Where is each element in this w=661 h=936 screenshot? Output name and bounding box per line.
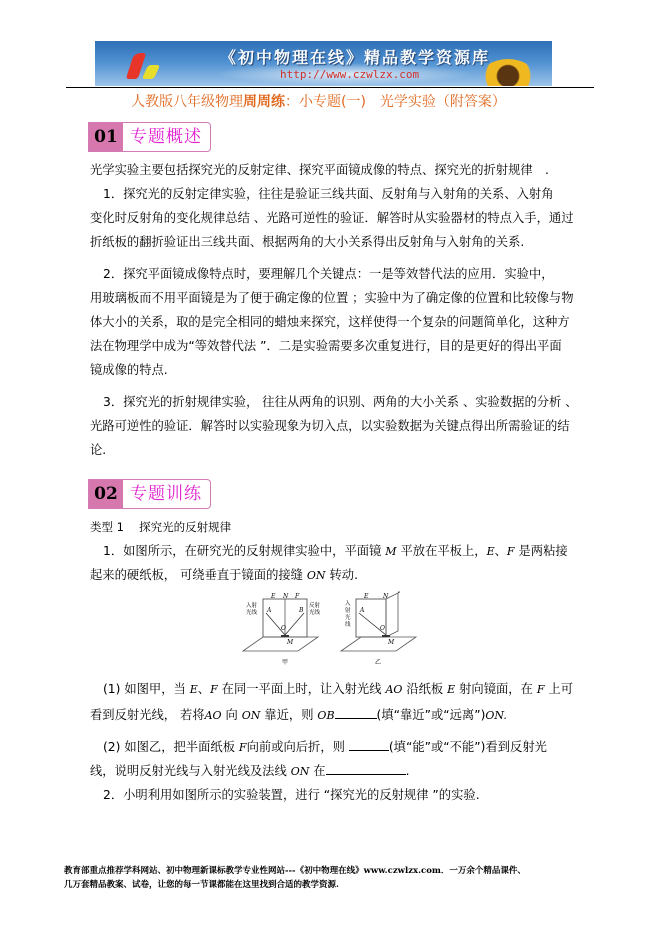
svg-text:E: E: [270, 593, 276, 600]
svg-text:入射: 入射: [246, 601, 258, 609]
svg-text:入: 入: [345, 599, 351, 607]
paragraph-3-line: 论.: [90, 442, 106, 458]
banner-title: 《初中物理在线》精品教学资源库: [220, 45, 490, 68]
var-OB: OB: [317, 709, 334, 722]
section-number: 02: [89, 480, 123, 508]
svg-text:光: 光: [345, 613, 351, 621]
sub1-text: 靠近，则: [264, 708, 313, 722]
var-F: F: [537, 683, 545, 696]
title-text: 人教版八年级物理: [131, 94, 243, 110]
svg-text:光线: 光线: [309, 608, 321, 616]
sub2-text: 在: [313, 764, 325, 778]
sub2-text: .: [406, 764, 410, 778]
sub1-text: 沿纸板: [406, 682, 443, 696]
svg-text:线: 线: [345, 620, 351, 628]
subquestion-1-line: 看到反射光线， 若将AO 向 ON 靠近，则 OB(填“靠近”或“远离”)ON.: [90, 706, 507, 724]
paragraph-2-line: 镜成像的特点.: [90, 362, 168, 378]
sub1-text: (1) 如图甲，当: [103, 682, 186, 696]
section-number: 01: [89, 123, 123, 151]
paragraph-2-line: 用玻璃板而不用平面镜是为了便于确定像的位置 ；实验中为了确定像的位置和比较像与物: [90, 290, 574, 306]
var-F: F: [239, 741, 247, 754]
title-text-tail: ：小专题(一) 光学实验（附答案）: [285, 94, 506, 110]
paragraph-2-line: 2．探究平面镜成像特点时，要理解几个关键点：一是等效替代法的应用．实验中，: [103, 266, 554, 282]
svg-text:O: O: [380, 625, 385, 632]
svg-text:O: O: [281, 625, 286, 632]
document-title: 人教版八年级物理周周练：小专题(一) 光学实验（附答案）: [131, 91, 506, 111]
svg-text:M: M: [387, 639, 395, 646]
svg-text:N: N: [282, 593, 289, 600]
subquestion-2-line: 线，说明反射光线与入射光线及法线 ON 在.: [90, 762, 410, 780]
site-banner: 《初中物理在线》精品教学资源库 http://www.czwlzx.com: [95, 41, 552, 86]
q1-text: 转动.: [329, 568, 358, 582]
svg-text:N: N: [382, 593, 389, 600]
paragraph-2-line: 法在物理学中成为“等效替代法 ”．二是实验需要多次重复进行，目的是更好的得出平面: [90, 338, 562, 354]
subquestion-1-line: (1) 如图甲，当 E、F 在同一平面上时，让入射光线 AO 沿纸板 E 射向镜…: [103, 681, 573, 698]
var-AO: AO: [205, 709, 222, 722]
q1-text: 平放在平板上，: [400, 544, 486, 558]
logo-icon-accent: [142, 65, 161, 79]
svg-text:B: B: [298, 607, 304, 614]
var-F: F: [507, 545, 515, 558]
q1-text: 1．如图所示，在研究光的反射规律实验中，平面镜: [103, 544, 381, 558]
svg-text:A: A: [266, 607, 272, 614]
q1-text: 起来的硬纸板， 可绕垂直于镜面的接缝: [90, 568, 303, 582]
section-header-training: 02 专题训练: [88, 479, 211, 509]
section-header-overview: 01 专题概述: [88, 122, 211, 152]
sub1-text: 看到反射光线， 若将: [90, 708, 205, 722]
q1-text: 、: [495, 544, 507, 558]
svg-text:M: M: [286, 639, 294, 646]
sunflower-icon: [480, 59, 536, 86]
svg-text:甲: 甲: [282, 658, 288, 666]
banner-url[interactable]: http://www.czwlzx.com: [280, 68, 419, 81]
paragraph-3-line: 光路可逆性的验证．解答时以实验现象为切入点，以实验数据为关键点得出所需验证的结: [90, 418, 570, 434]
section-title: 专题训练: [123, 480, 210, 508]
sub2-text: (填“能”或“不能”)看到反射光: [389, 740, 547, 754]
footer-line: 教育部重点推荐学科网站、初中物理新课标教学专业性网站---《初中物理在线》www…: [64, 864, 526, 876]
paragraph-3-line: 3．探究光的折射规律实验， 往往从两角的识别、两角的大小关系 、实验数据的分析 …: [103, 394, 578, 410]
svg-text:反射: 反射: [309, 601, 321, 609]
question-2-line: 2．小明利用如图所示的实验装置，进行 “探究光的反射规律 ”的实验.: [103, 787, 480, 803]
sub1-text: (填“靠近”或“远离”): [377, 708, 486, 722]
var-AO: AO: [385, 683, 402, 696]
var-ON: ON: [307, 569, 326, 582]
var-F: F: [210, 683, 218, 696]
reflection-experiment-figure: E N F A B O M 入射 光线 反射 光线 甲 E N F A O M …: [238, 591, 423, 673]
sub2-text: 线，说明反射光线与入射光线及法线: [90, 764, 287, 778]
sub2-text: 向前或向后折，则: [247, 740, 345, 754]
var-M: M: [385, 545, 396, 558]
section-title: 专题概述: [123, 123, 210, 151]
svg-text:光线: 光线: [246, 608, 258, 616]
answer-blank[interactable]: [335, 706, 377, 719]
question-type-label: 类型 1 探究光的反射规律: [90, 519, 231, 535]
footer-line: 几万套精品教案、试卷，让您的每一节课都能在这里找到合适的教学资源.: [64, 878, 339, 890]
title-bold-text: 周周练: [243, 94, 285, 110]
q1-text: 是两粘接: [518, 544, 567, 558]
paragraph-1-line: 变化时反射角的变化规律总结 、光路可逆性的验证．解答时从实验器材的特点入手，通过: [90, 210, 574, 226]
answer-blank[interactable]: [326, 762, 406, 775]
paragraph-1-line: 1．探究光的反射定律实验，往往是验证三线共面、反射角与入射角的关系、入射角: [103, 186, 554, 202]
sub1-text: 射向镜面，在: [459, 682, 533, 696]
paragraph-2-line: 体大小的关系，取的是完全相同的蜡烛来探究，这样使得一个复杂的问题简单化，这种方: [90, 314, 570, 330]
sub1-text: 、: [198, 682, 210, 696]
var-E: E: [487, 545, 495, 558]
subquestion-2-line: (2) 如图乙，把半面纸板 F向前或向后折，则 (填“能”或“不能”)看到反射光: [103, 738, 547, 756]
svg-text:F: F: [294, 593, 300, 600]
sub1-text: 在同一平面上时，让入射光线: [222, 682, 382, 696]
svg-text:A: A: [359, 607, 365, 614]
var-ON: ON: [242, 709, 261, 722]
svg-text:E: E: [363, 593, 369, 600]
var-ON: ON: [291, 765, 310, 778]
answer-blank[interactable]: [349, 738, 389, 751]
var-E: E: [447, 683, 455, 696]
paragraph-1-line: 折纸板的翻折验证出三线共面、根据两角的大小关系得出反射角与入射角的关系.: [90, 234, 524, 250]
question-1-line: 1．如图所示，在研究光的反射规律实验中，平面镜 M 平放在平板上，E、F 是两粘…: [103, 543, 568, 560]
svg-text:乙: 乙: [375, 659, 381, 666]
svg-text:射: 射: [345, 606, 351, 614]
question-1-line: 起来的硬纸板， 可绕垂直于镜面的接缝 ON 转动.: [90, 567, 358, 584]
sub2-text: (2) 如图乙，把半面纸板: [103, 740, 235, 754]
sub1-text: 向: [225, 708, 237, 722]
intro-text: 光学实验主要包括探究光的反射定律、探究平面镜成像的特点、探究光的折射规律 .: [90, 162, 549, 178]
var-ON: ON.: [485, 709, 506, 722]
var-E: E: [190, 683, 198, 696]
header-rule: [66, 87, 594, 88]
svg-text:F: F: [397, 591, 403, 595]
sub1-text: 上可: [548, 682, 573, 696]
